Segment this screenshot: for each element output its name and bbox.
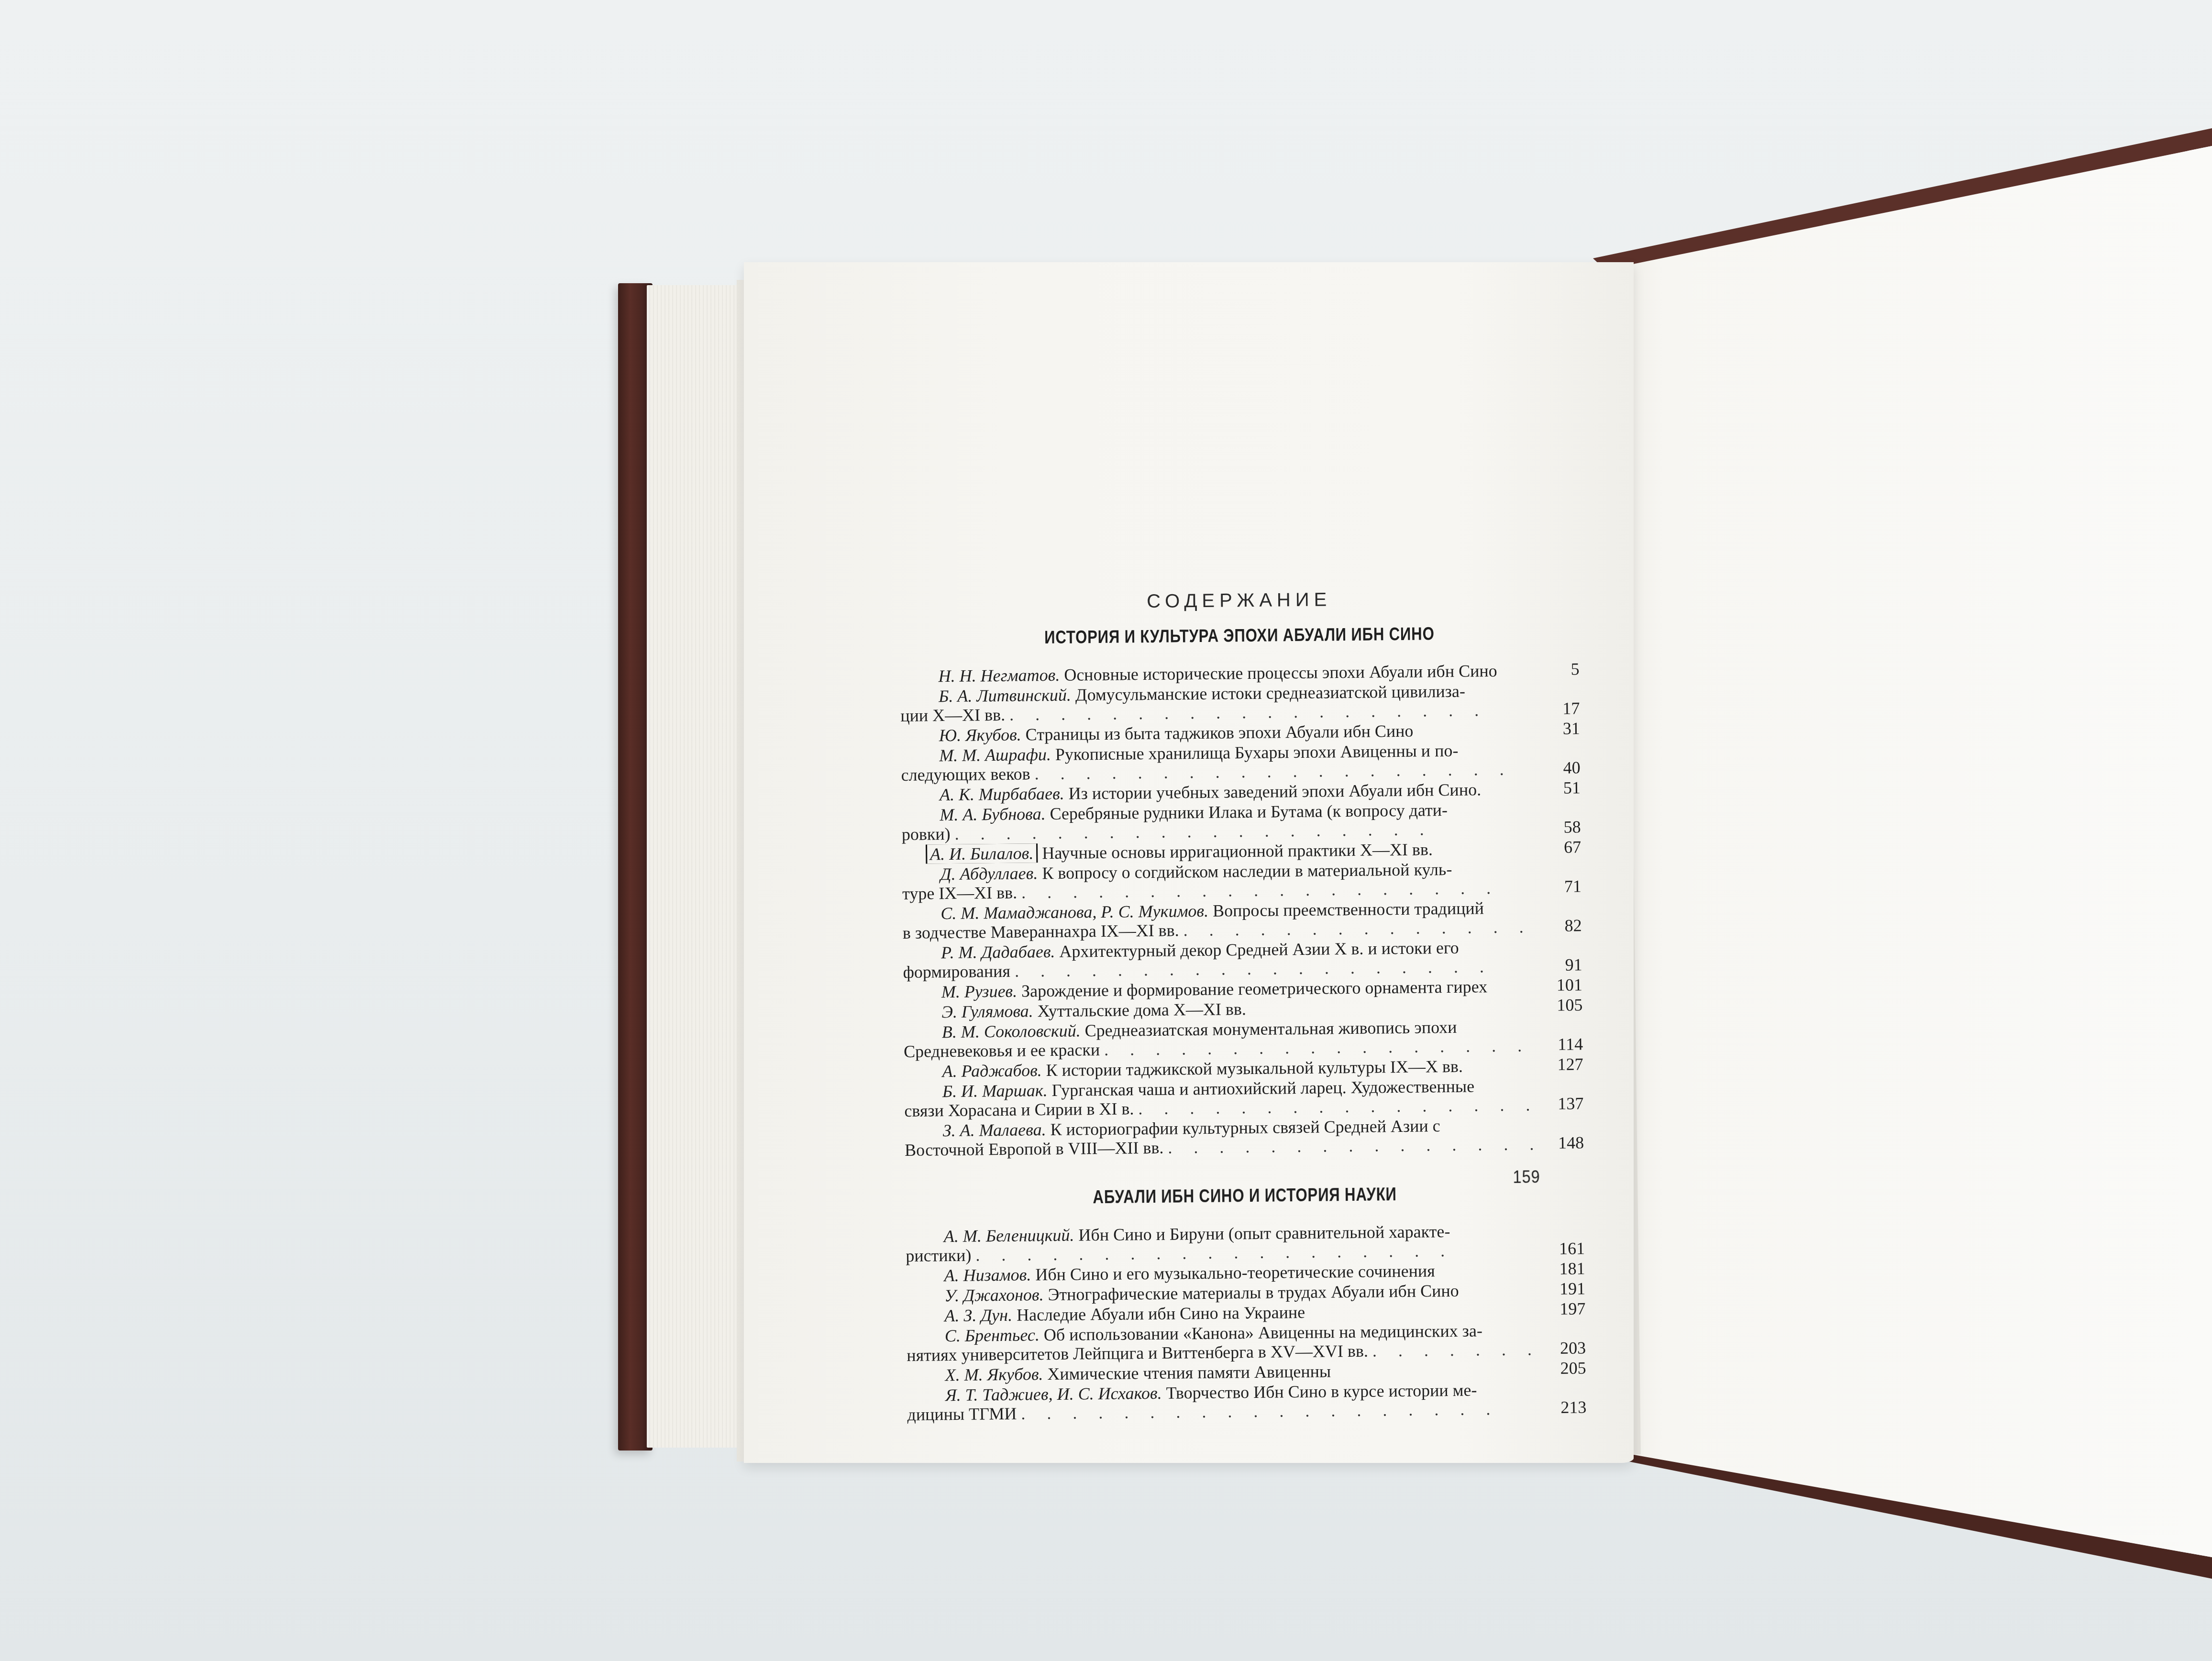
section-page-number: 159 <box>1513 1167 1540 1187</box>
entry-page-number: 205 <box>1548 1358 1586 1378</box>
entry-author: А. М. Беленицкий. <box>944 1226 1074 1246</box>
entry-page-number: 71 <box>1543 876 1582 896</box>
leader-dots: . . . . . . . . . . . . . . . . . . . <box>1035 760 1513 784</box>
entry-page-number: 5 <box>1541 659 1579 679</box>
toc-entry: Б. И. Маршак. Гурганская чаша и антиохий… <box>904 1075 1584 1120</box>
entry-title-continued: следующих веков <box>901 764 1030 785</box>
entry-title: Зарождение и формирование геометрическог… <box>1021 977 1487 1000</box>
right-blank-page <box>1603 146 2212 1557</box>
entry-author: Э. Гулямова. <box>941 1001 1033 1021</box>
leader-dots: . . . . . . . . . . . . . . . . . . . <box>1104 1036 1540 1059</box>
leader-dots: . . . . . . . . . . . . . . . . . . . <box>1021 878 1499 902</box>
entry-page-number: 191 <box>1547 1279 1585 1298</box>
entry-title-continued: ровки) <box>902 824 951 844</box>
entry-page-number: 101 <box>1544 975 1582 995</box>
entry-title-continued: туре IX—XI вв. <box>902 883 1018 903</box>
leader-dots: . . . . . . . . . . . . . . . . . . . <box>975 1241 1453 1265</box>
toc-entry: М. А. Бубнова. Серебряные рудники Илака … <box>901 799 1581 844</box>
leader-dots: . . . . . . . . . . . . . . . . . . . <box>1168 1134 1541 1157</box>
entry-page-number: 127 <box>1545 1054 1583 1074</box>
entry-author: Д. Абдуллаев. <box>940 864 1038 884</box>
entry-title: Ибн Сино и его музыкально-теоретические … <box>1035 1261 1435 1284</box>
entry-author: Б. И. Маршак. <box>942 1081 1048 1101</box>
entry-author: Б. А. Литвинский. <box>939 686 1071 706</box>
entry-page-number: 40 <box>1542 758 1580 777</box>
entry-page-number: 58 <box>1543 817 1581 837</box>
entry-author: А. Раджабов. <box>942 1061 1041 1081</box>
entry-author: В. М. Соколовский. <box>942 1021 1081 1041</box>
entry-page-number: 31 <box>1542 719 1580 738</box>
toc-entry: Б. А. Литвинский. Домусульманские истоки… <box>900 680 1580 725</box>
leader-dots: . . . . . . . . . . . . . . . . . . . <box>1015 957 1493 981</box>
entry-page-number: 203 <box>1548 1338 1586 1358</box>
entry-title-continued: Восточной Европой в VIII—XII вв. <box>905 1138 1164 1160</box>
entry-title-continued: в зодчестве Мавераннахра IX—XI вв. <box>903 920 1179 942</box>
entry-page-number: 213 <box>1548 1397 1586 1417</box>
entry-author: М. А. Бубнова. <box>940 804 1045 824</box>
entry-author: А. К. Мирбабаев. <box>940 784 1064 805</box>
entry-page-number: 67 <box>1543 837 1581 857</box>
entry-author: Я. Т. Таджиев, И. С. Исхаков. <box>945 1384 1162 1405</box>
entry-title: Научные основы ирригационной практики X—… <box>1042 840 1433 863</box>
entry-author: М. Рузиев. <box>941 982 1018 1002</box>
entry-title: Из истории учебных заведений эпохи Абуал… <box>1069 780 1482 803</box>
entry-page-number: 91 <box>1544 955 1582 974</box>
section-title-text: ИСТОРИЯ И КУЛЬТУРА ЭПОХИ АБУАЛИ ИБН СИНО <box>1044 624 1435 648</box>
entry-page-number: 161 <box>1547 1239 1585 1258</box>
toc-entry: Р. М. Дадабаев. Архитектурный декор Сред… <box>903 937 1582 982</box>
entry-title: К истории таджикской музыкальной культур… <box>1046 1057 1463 1080</box>
entry-author: С. Брентьес. <box>945 1325 1040 1345</box>
entry-author: М. М. Ашрафи. <box>939 745 1051 765</box>
toc-entry: С. Брентьес. Об использовании «Канона» А… <box>907 1320 1586 1365</box>
toc-entry: А. М. Беленицкий. Ибн Сино и Бируни (опы… <box>906 1220 1585 1265</box>
entry-page-number: 181 <box>1547 1259 1585 1278</box>
leader-dots: . . . . . . . . . . . . . . . . . . . <box>1021 1399 1499 1423</box>
leader-dots: . . . . . . . . . . . . . . . . . . . <box>1138 1095 1540 1118</box>
entry-author: У. Джахонов. <box>944 1285 1044 1305</box>
entry-title: Страницы из быта таджиков эпохи Абуали и… <box>1026 721 1414 744</box>
entry-title: Основные исторические процессы эпохи Абу… <box>1064 661 1497 685</box>
toc-entry: В. М. Соколовский. Среднеазиатская монум… <box>904 1016 1583 1061</box>
entry-title: Творчество Ибн Сино в курсе истории ме- <box>1166 1380 1477 1402</box>
entry-page-number: 105 <box>1544 995 1582 1015</box>
entry-page-number: 51 <box>1542 778 1581 797</box>
entry-title-continued: дицины ТГМИ <box>907 1404 1017 1424</box>
entry-page-number: 114 <box>1545 1034 1583 1054</box>
leader-dots: . . . . . . . . . . . . . . . . . . . <box>1009 700 1487 724</box>
entry-title-continued: ции X—XI вв. <box>900 705 1005 725</box>
entry-author: А. Низамов. <box>944 1265 1031 1285</box>
entry-title-continued: нятиях университетов Лейпцига и Виттенбе… <box>907 1341 1368 1365</box>
entry-title-continued: Средневековья и ее краски <box>904 1040 1100 1061</box>
entry-page-number: 17 <box>1541 698 1580 718</box>
entry-author: Х. М. Якубов. <box>945 1364 1043 1384</box>
entry-author: А. З. Дун. <box>944 1306 1012 1325</box>
entry-page-number: 148 <box>1546 1133 1584 1152</box>
entry-page-number: 197 <box>1547 1299 1585 1318</box>
toc-entry: М. М. Ашрафи. Рукописные хранилища Бухар… <box>901 740 1581 785</box>
toc-entry: Д. Абдуллаев. К вопросу о согдийском нас… <box>902 858 1582 903</box>
entry-author: Ю. Якубов. <box>939 725 1021 745</box>
entry-page-number: 82 <box>1544 916 1582 935</box>
toc-entry: З. А. Малаева. К историографии культурны… <box>905 1115 1584 1160</box>
leader-dots: . . . . . . . . . . . . . . . . . . . <box>1183 917 1539 940</box>
entry-title-continued: формирования <box>903 962 1010 982</box>
table-of-contents: СОДЕРЖАНИЕ ИСТОРИЯ И КУЛЬТУРА ЭПОХИ АБУА… <box>899 587 1587 1425</box>
section-entries: Н. Н. Негматов. Основные исторические пр… <box>900 660 1584 1160</box>
entry-author: С. М. Мамаджанова, Р. С. Мукимов. <box>940 901 1208 923</box>
entry-page-number: 137 <box>1545 1094 1583 1113</box>
entry-title: Химические чтения памяти Авиценны <box>1047 1362 1331 1384</box>
section-title: ИСТОРИЯ И КУЛЬТУРА ЭПОХИ АБУАЛИ ИБН СИНО <box>961 623 1518 649</box>
entry-author: А. И. Билалов. <box>926 841 1038 864</box>
entry-title: Наследие Абуали ибн Сино на Украине <box>1017 1303 1305 1325</box>
leader-dots: . . . . . . . . . . . . . . . . . . . <box>1372 1340 1543 1360</box>
leader-dots: . . . . . . . . . . . . . . . . . . . <box>954 819 1432 843</box>
entry-author: Р. М. Дадабаев. <box>941 942 1055 962</box>
entry-author: Н. Н. Негматов. <box>938 665 1060 686</box>
toc-entry: С. М. Мамаджанова, Р. С. Мукимов. Вопрос… <box>902 897 1582 942</box>
section-entries: А. М. Беленицкий. Ибн Сино и Бируни (опы… <box>906 1220 1587 1424</box>
entry-title-continued: связи Хорасана и Сирии в XI в. <box>904 1099 1134 1120</box>
toc-entry: Я. Т. Таджиев, И. С. Исхаков. Творчество… <box>907 1379 1587 1424</box>
entry-title: Вопросы преемственности традиций <box>1213 898 1484 920</box>
entry-title: Хуттальские дома X—XI вв. <box>1038 999 1247 1020</box>
entry-title-continued: ристики) <box>906 1246 971 1265</box>
entry-author: З. А. Малаева. <box>943 1120 1046 1140</box>
section-title-text: АБУАЛИ ИБН СИНО И ИСТОРИЯ НАУКИ <box>1093 1185 1397 1207</box>
entry-title: Этнографические материалы в трудах Абуал… <box>1048 1281 1459 1304</box>
